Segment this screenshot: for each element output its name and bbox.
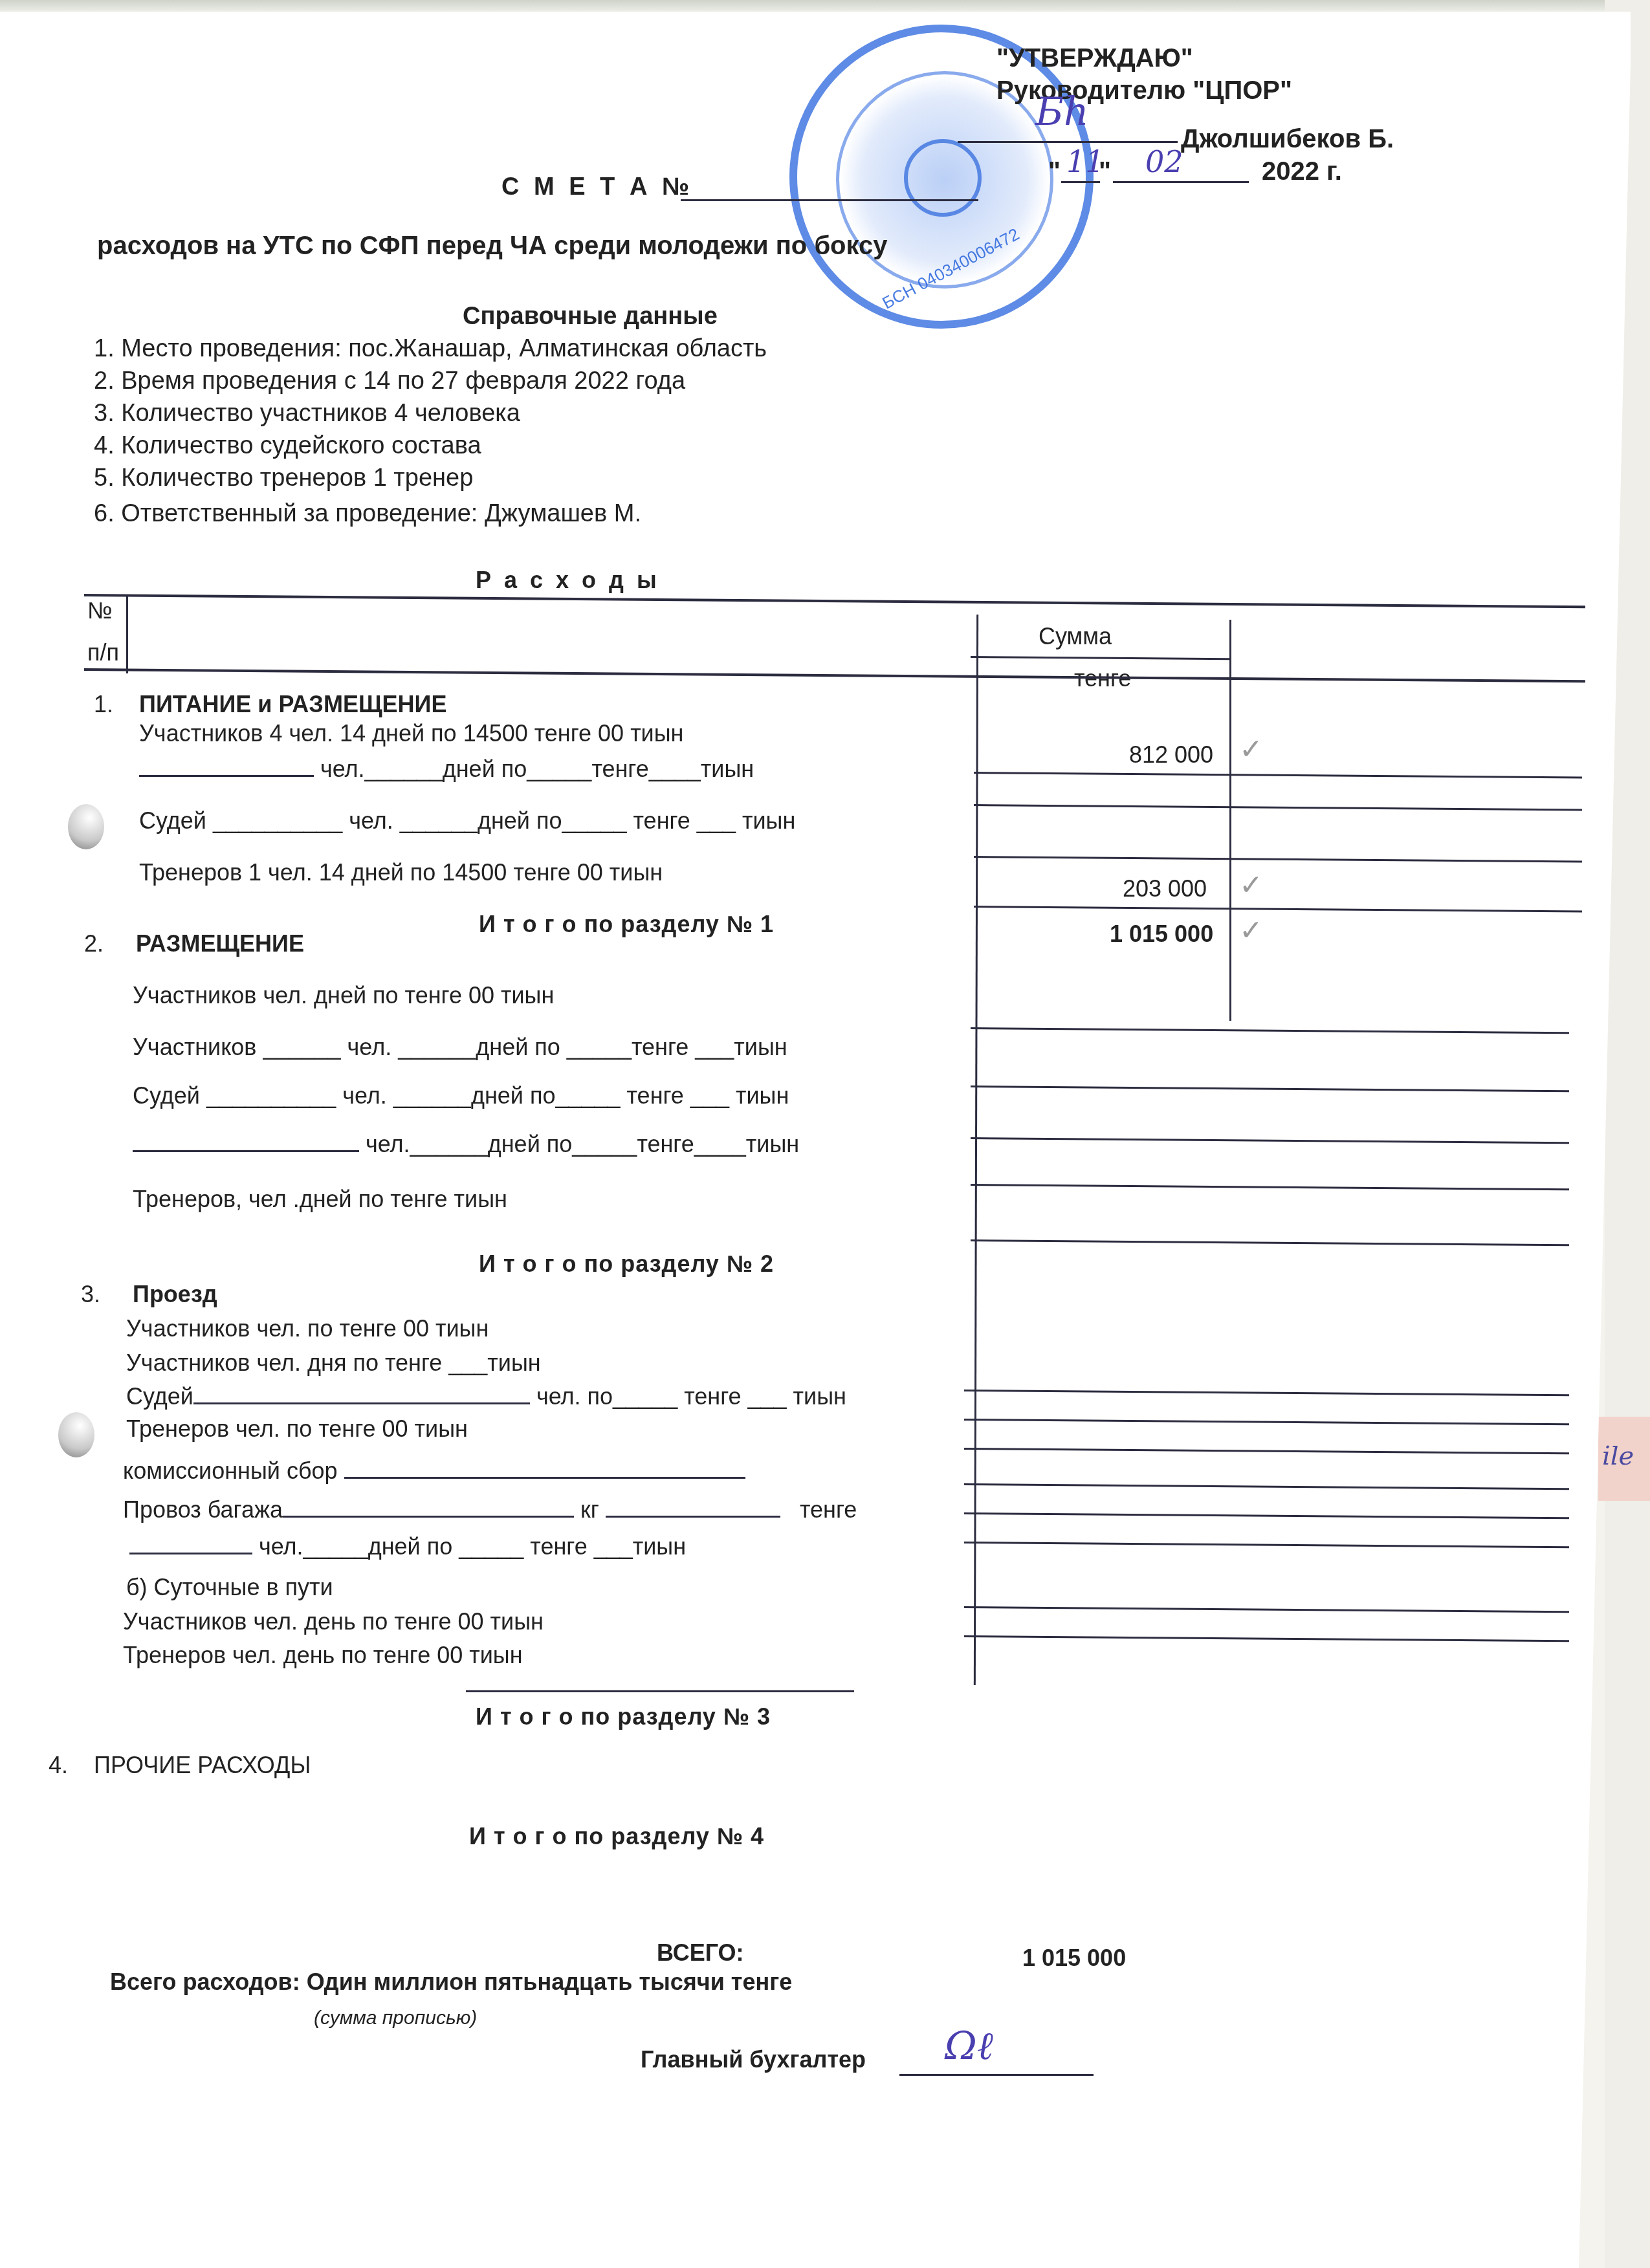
row-divider: [964, 1390, 1569, 1396]
punch-hole-shadow: [58, 1412, 94, 1457]
section-3-title: Проезд: [133, 1281, 217, 1308]
row-divider: [974, 856, 1582, 862]
punch-hole-shadow: [68, 804, 104, 849]
stamp-emblem-icon: [904, 139, 982, 217]
sum-header-divider: [971, 656, 1229, 660]
blank-field[interactable]: [283, 1496, 574, 1518]
section-2-line-4-text: чел.______дней по_____тенге____тиын: [366, 1131, 799, 1157]
grand-total-label: ВСЕГО:: [657, 1939, 744, 1967]
approver-signature: Бh: [1035, 89, 1089, 135]
table-header-bottom-border: [84, 668, 1585, 682]
section-1-subtotal: 1 015 000: [1110, 921, 1213, 948]
section-3-tenge-label: тенге: [800, 1496, 857, 1523]
blank-field[interactable]: [129, 1533, 252, 1554]
section-4-num: 4.: [49, 1752, 68, 1779]
section-3-daily-title: б) Суточные в пути: [126, 1574, 333, 1601]
section-2-subtotal-label: И т о г о по разделу № 2: [479, 1250, 774, 1278]
row-divider: [964, 1606, 1569, 1613]
section-1-other: чел.______дней по_____тенге____тиын: [139, 756, 754, 783]
checkmark-icon: ✓: [1239, 869, 1263, 902]
approve-label: "УТВЕРЖДАЮ": [996, 44, 1193, 73]
num-column-divider: [126, 596, 128, 673]
column-num-top: №: [87, 597, 113, 624]
section-3-daily-coaches: Тренеров чел. день по тенге 00 тиын: [123, 1642, 523, 1669]
row-divider: [964, 1419, 1569, 1425]
chief-accountant-signature-line: [899, 2074, 1094, 2076]
row-divider: [971, 1239, 1569, 1246]
row-divider: [974, 772, 1582, 778]
section-4-subtotal-label: И т о г о по разделу № 4: [469, 1823, 764, 1850]
section-1-other-text: чел.______дней по_____тенге____тиын: [320, 756, 754, 782]
reference-title: Справочные данные: [463, 303, 718, 331]
section-2-line-3: Судей __________ чел. ______дней по_____…: [133, 1082, 789, 1109]
row-divider: [974, 906, 1582, 912]
total-in-words: Всего расходов: Один миллион пятьнадцать…: [110, 1968, 792, 1996]
row-divider: [971, 1027, 1569, 1034]
section-3-other: чел._____дней по _____ тенге ___тиын: [129, 1533, 686, 1560]
section-2-title: РАЗМЕЩЕНИЕ: [136, 930, 304, 957]
section-2-num: 2.: [84, 930, 104, 957]
column-num-bottom: п/п: [87, 639, 119, 666]
blank-field[interactable]: [133, 1131, 359, 1152]
checkmark-icon: ✓: [1239, 733, 1263, 766]
scanner-top-edge: [0, 0, 1650, 12]
chief-accountant-label: Главный бухгалтер: [641, 2046, 866, 2073]
section-3-daily-participants: Участников чел. день по тенге 00 тиын: [123, 1608, 544, 1635]
section-3-commission: комиссионный сбор: [123, 1457, 745, 1485]
approval-date-quote-close: ": [1099, 157, 1111, 186]
blank-field[interactable]: [193, 1383, 530, 1404]
row-divider: [964, 1635, 1569, 1642]
estimate-number-line: [681, 199, 978, 201]
section-3-judges: Судей чел. по_____ тенге ___ тиын: [126, 1383, 846, 1410]
reference-item-responsible: 6. Ответственный за проведение: Джумашев…: [94, 500, 641, 528]
margin-tape: ile: [1598, 1417, 1650, 1501]
document-page: БСН 040340006472 "УТВЕРЖДАЮ" Руководител…: [0, 12, 1631, 2268]
section-3-kg-label: кг: [580, 1496, 599, 1523]
reference-item-participants: 3. Количество участников 4 человека: [94, 400, 520, 428]
section-1-subtotal-label: И т о г о по разделу № 1: [479, 911, 774, 938]
total-in-words-caption: (сумма прописью): [314, 2007, 477, 2029]
row-divider: [964, 1512, 1569, 1519]
row-divider: [964, 1483, 1569, 1490]
row-divider: [971, 1137, 1569, 1144]
section-1-coaches: Тренеров 1 чел. 14 дней по 14500 тенге 0…: [139, 859, 663, 886]
section-1-amount-participants: 812 000: [1129, 741, 1213, 769]
table-top-border: [84, 594, 1585, 608]
section-3-line-1: Участников чел. по тенге 00 тиын: [126, 1315, 489, 1342]
section-2-line-2: Участников ______ чел. ______дней по ___…: [133, 1034, 787, 1061]
approval-date-month: 02: [1145, 144, 1183, 179]
section-4-title: ПРОЧИЕ РАСХОДЫ: [94, 1752, 311, 1779]
approval-day-line: [1061, 181, 1100, 183]
row-divider: [974, 804, 1582, 811]
section-1-num: 1.: [94, 691, 113, 718]
blank-field[interactable]: [606, 1496, 780, 1518]
section-3-luggage-label: Провоз багажа: [123, 1496, 283, 1523]
sum-column-right-border: [1229, 620, 1231, 1021]
estimate-title: С М Е Т А №: [501, 173, 693, 201]
section-2-line-4: чел.______дней по_____тенге____тиын: [133, 1131, 799, 1158]
grand-total-value: 1 015 000: [1022, 1945, 1126, 1972]
section-3-commission-label: комиссионный сбор: [123, 1457, 338, 1484]
approval-date-quote-open: ": [1048, 157, 1061, 186]
margin-note: ile: [1602, 1441, 1634, 1471]
row-divider: [971, 1085, 1569, 1092]
section-1-title: ПИТАНИЕ и РАЗМЕЩЕНИЕ: [139, 691, 446, 718]
reference-item-time: 2. Время проведения с 14 по 27 февраля 2…: [94, 367, 685, 395]
reference-item-coaches: 5. Количество тренеров 1 тренер: [94, 464, 473, 492]
checkmark-icon: ✓: [1239, 914, 1263, 947]
section-2-line-5: Тренеров, чел .дней по тенге тиын: [133, 1186, 507, 1213]
section-1-participants: Участников 4 чел. 14 дней по 14500 тенге…: [139, 720, 683, 747]
row-divider: [964, 1448, 1569, 1454]
row-divider: [964, 1542, 1569, 1548]
reference-item-place: 1. Место проведения: пос.Жанашар, Алмати…: [94, 335, 767, 363]
approver-signature-line: [958, 141, 1178, 143]
sum-column-left-border: [974, 615, 978, 1685]
section-2-line-1: Участников чел. дней по тенге 00 тиын: [133, 982, 554, 1009]
blank-field[interactable]: [344, 1457, 745, 1479]
section-3-other-text: чел._____дней по _____ тенге ___тиын: [259, 1533, 686, 1560]
expenses-title: Р а с х о д ы: [476, 567, 660, 594]
estimate-subtitle: расходов на УТС по СФП перед ЧА среди мо…: [97, 232, 888, 261]
approval-date-year: 2022 г.: [1262, 157, 1342, 186]
section-3-coaches: Тренеров чел. по тенге 00 тиын: [126, 1415, 468, 1443]
column-sum-top: Сумма: [1039, 623, 1112, 650]
section-3-judges-label: Судей: [126, 1383, 193, 1410]
row-divider: [971, 1184, 1569, 1190]
section-1-amount-coaches: 203 000: [1123, 875, 1207, 902]
reference-item-judges: 4. Количество судейского состава: [94, 432, 481, 460]
section-3-subtotal-line: [466, 1690, 854, 1692]
section-3-judges-text: чел. по_____ тенге ___ тиын: [536, 1383, 846, 1410]
section-3-line-2: Участников чел. дня по тенге ___тиын: [126, 1349, 541, 1377]
blank-field[interactable]: [139, 756, 314, 777]
approval-month-line: [1113, 181, 1249, 183]
section-3-num: 3.: [81, 1281, 100, 1308]
approver-name: Джолшибеков Б.: [1181, 125, 1394, 154]
section-3-luggage: Провоз багажа кг тенге: [123, 1496, 857, 1523]
section-3-subtotal-label: И т о г о по разделу № 3: [476, 1703, 771, 1730]
section-1-judges: Судей __________ чел. ______дней по_____…: [139, 807, 795, 834]
chief-accountant-signature: Ωℓ: [945, 2023, 993, 2069]
